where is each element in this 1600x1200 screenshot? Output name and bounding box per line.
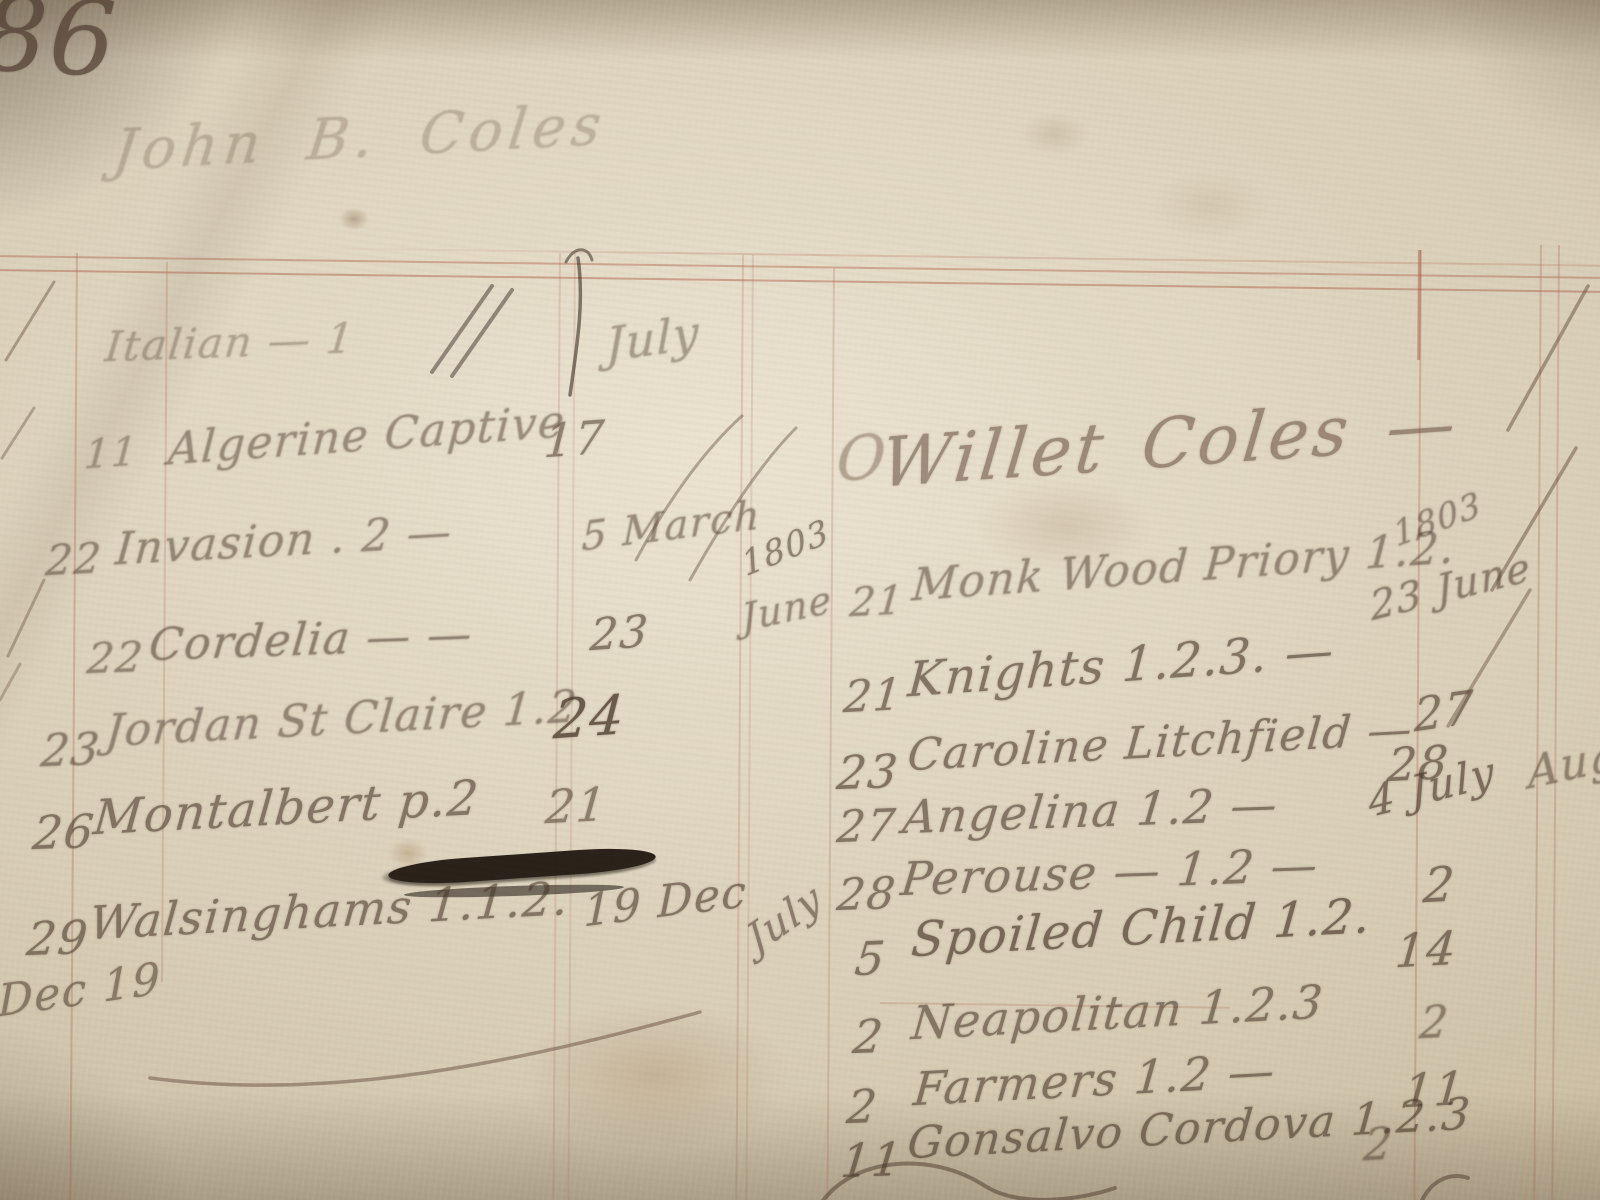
pen-stroke — [0, 664, 20, 700]
pen-stroke — [1420, 1176, 1468, 1200]
row-return: July — [606, 305, 700, 373]
row-title: Jordan St Claire 1.2 — [104, 681, 581, 757]
paper-stain — [520, 1000, 790, 1150]
row-title: Knights 1.2.3. — — [906, 622, 1336, 708]
row-title: Walsinghams 1.1.2. — [87, 871, 571, 950]
row-date: 23 — [39, 724, 103, 777]
account-name-left: John B. Coles — [110, 92, 611, 183]
paper-stain — [340, 208, 368, 230]
account-name-right: Willet Coles — — [878, 384, 1464, 504]
row-return: 5 March — [581, 492, 761, 560]
row-return: 27 — [1414, 679, 1475, 742]
header-rule — [0, 269, 1600, 293]
row-title: Neapolitan 1.2.3 — [909, 974, 1326, 1050]
row-return: 17 — [542, 410, 607, 469]
pen-stroke — [1508, 286, 1588, 430]
column-rule — [1533, 245, 1542, 1200]
column-rule — [1551, 245, 1560, 1200]
pen-stroke — [6, 282, 54, 360]
row-title: Cordelia — — — [147, 609, 476, 672]
row-title: Italian — 1 — [103, 313, 357, 371]
row-date: 26 — [30, 804, 97, 860]
row-return: 14 — [1393, 921, 1459, 979]
row-date: 27 — [835, 800, 899, 853]
row-date: 2 — [850, 1009, 886, 1064]
folio-number: 86 — [0, 0, 120, 101]
pen-stroke — [2, 408, 34, 458]
column-rule — [735, 255, 744, 1200]
row-title: Caroline Litchfield — — [906, 704, 1416, 782]
row-date: 23 — [834, 744, 901, 800]
row-date: 22 — [85, 632, 147, 683]
paper-stain — [1150, 170, 1270, 240]
row-return: 23 — [588, 606, 650, 661]
row-title: Montalbert p.2 — [91, 770, 482, 847]
row-date: 11 — [838, 1132, 905, 1188]
row-date: 11 — [83, 428, 140, 478]
pen-stroke — [432, 286, 492, 372]
row-date: 28 — [835, 868, 899, 921]
row-return: 19 Dec — [583, 866, 748, 938]
column-rule — [826, 268, 835, 1200]
paper-stain — [1020, 112, 1090, 156]
pen-stroke — [8, 580, 44, 656]
column-rule — [745, 255, 754, 1200]
row-date: 5 — [852, 931, 888, 986]
pen-stroke — [150, 1012, 700, 1085]
row-date: 21 — [842, 669, 905, 723]
row-return: 21 — [543, 777, 609, 835]
row-date: 2 — [844, 1079, 880, 1134]
ledger-page-photo: 86 John B. Coles Italian — 1 July 11 Alg… — [0, 0, 1600, 1200]
month-note-june: June — [740, 577, 834, 641]
row-title: Algerine Captive — [166, 396, 567, 475]
row-return: 2 — [1421, 856, 1458, 914]
row-return: 2 — [1362, 1118, 1396, 1171]
header-rule — [0, 255, 1600, 279]
row-return: 24 — [552, 683, 628, 751]
row-date: 29 — [24, 910, 91, 966]
row-return: 2 — [1418, 996, 1452, 1049]
pen-stroke — [452, 290, 512, 376]
header-rule-faint — [300, 247, 1600, 267]
row-date: 21 — [848, 577, 906, 626]
row-title: Angelina 1.2 — — [900, 777, 1281, 844]
row-date: 22 — [44, 533, 105, 585]
month-note-july: July — [740, 874, 829, 963]
